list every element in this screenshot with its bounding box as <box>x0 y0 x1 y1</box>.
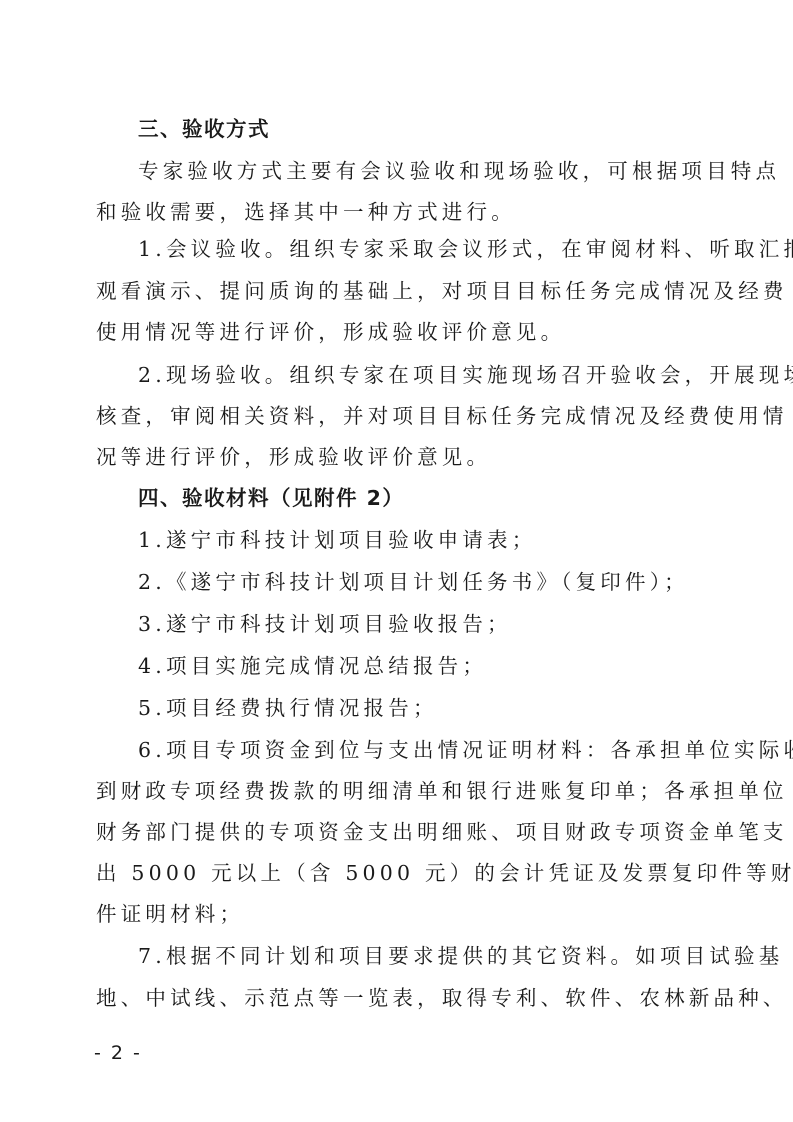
list-item: 4.项目实施完成情况总结报告； <box>138 651 487 681</box>
paragraph-line: 和验收需要，选择其中一种方式进行。 <box>96 197 516 227</box>
section-heading-acceptance-method: 三、验收方式 <box>138 114 270 144</box>
paragraph-line: 件证明材料； <box>96 899 244 929</box>
paragraph-line: 出 5000 元以上（含 5000 元）的会计凭证及发票复印件等财务附 <box>96 858 793 888</box>
paragraph-line: 1.会议验收。组织专家采取会议形式，在审阅材料、听取汇报、 <box>138 234 793 264</box>
paragraph-line: 核查，审阅相关资料，并对项目目标任务完成情况及经费使用情 <box>96 401 788 431</box>
paragraph-line: 观看演示、提问质询的基础上，对项目目标任务完成情况及经费 <box>96 276 788 306</box>
paragraph-line: 使用情况等进行评价，形成验收评价意见。 <box>96 317 565 347</box>
paragraph-line: 专家验收方式主要有会议验收和现场验收，可根据项目特点 <box>138 156 780 186</box>
list-item: 3.遂宁市科技计划项目验收报告； <box>138 609 512 639</box>
paragraph-line: 财务部门提供的专项资金支出明细账、项目财政专项资金单笔支 <box>96 817 788 847</box>
page-number: - 2 - <box>94 1042 142 1064</box>
document-page: 三、验收方式 专家验收方式主要有会议验收和现场验收，可根据项目特点 和验收需要，… <box>0 0 793 1122</box>
section-heading-acceptance-materials: 四、验收材料（见附件 2） <box>138 483 404 513</box>
paragraph-line: 2.现场验收。组织专家在项目实施现场召开验收会，开展现场 <box>138 360 793 390</box>
list-item: 7.根据不同计划和项目要求提供的其它资料。如项目试验基 <box>138 941 783 971</box>
paragraph-line: 地、中试线、示范点等一览表，取得专利、软件、农林新品种、 <box>96 983 788 1013</box>
paragraph-line: 到财政专项经费拨款的明细清单和银行进账复印单；各承担单位 <box>96 776 788 806</box>
list-item: 6.项目专项资金到位与支出情况证明材料：各承担单位实际收 <box>138 735 793 765</box>
list-item: 5.项目经费执行情况报告； <box>138 693 438 723</box>
list-item: 1.遂宁市科技计划项目验收申请表； <box>138 525 536 555</box>
list-item: 2.《遂宁市科技计划项目计划任务书》（复印件）； <box>138 567 689 597</box>
paragraph-line: 况等进行评价，形成验收评价意见。 <box>96 442 491 472</box>
